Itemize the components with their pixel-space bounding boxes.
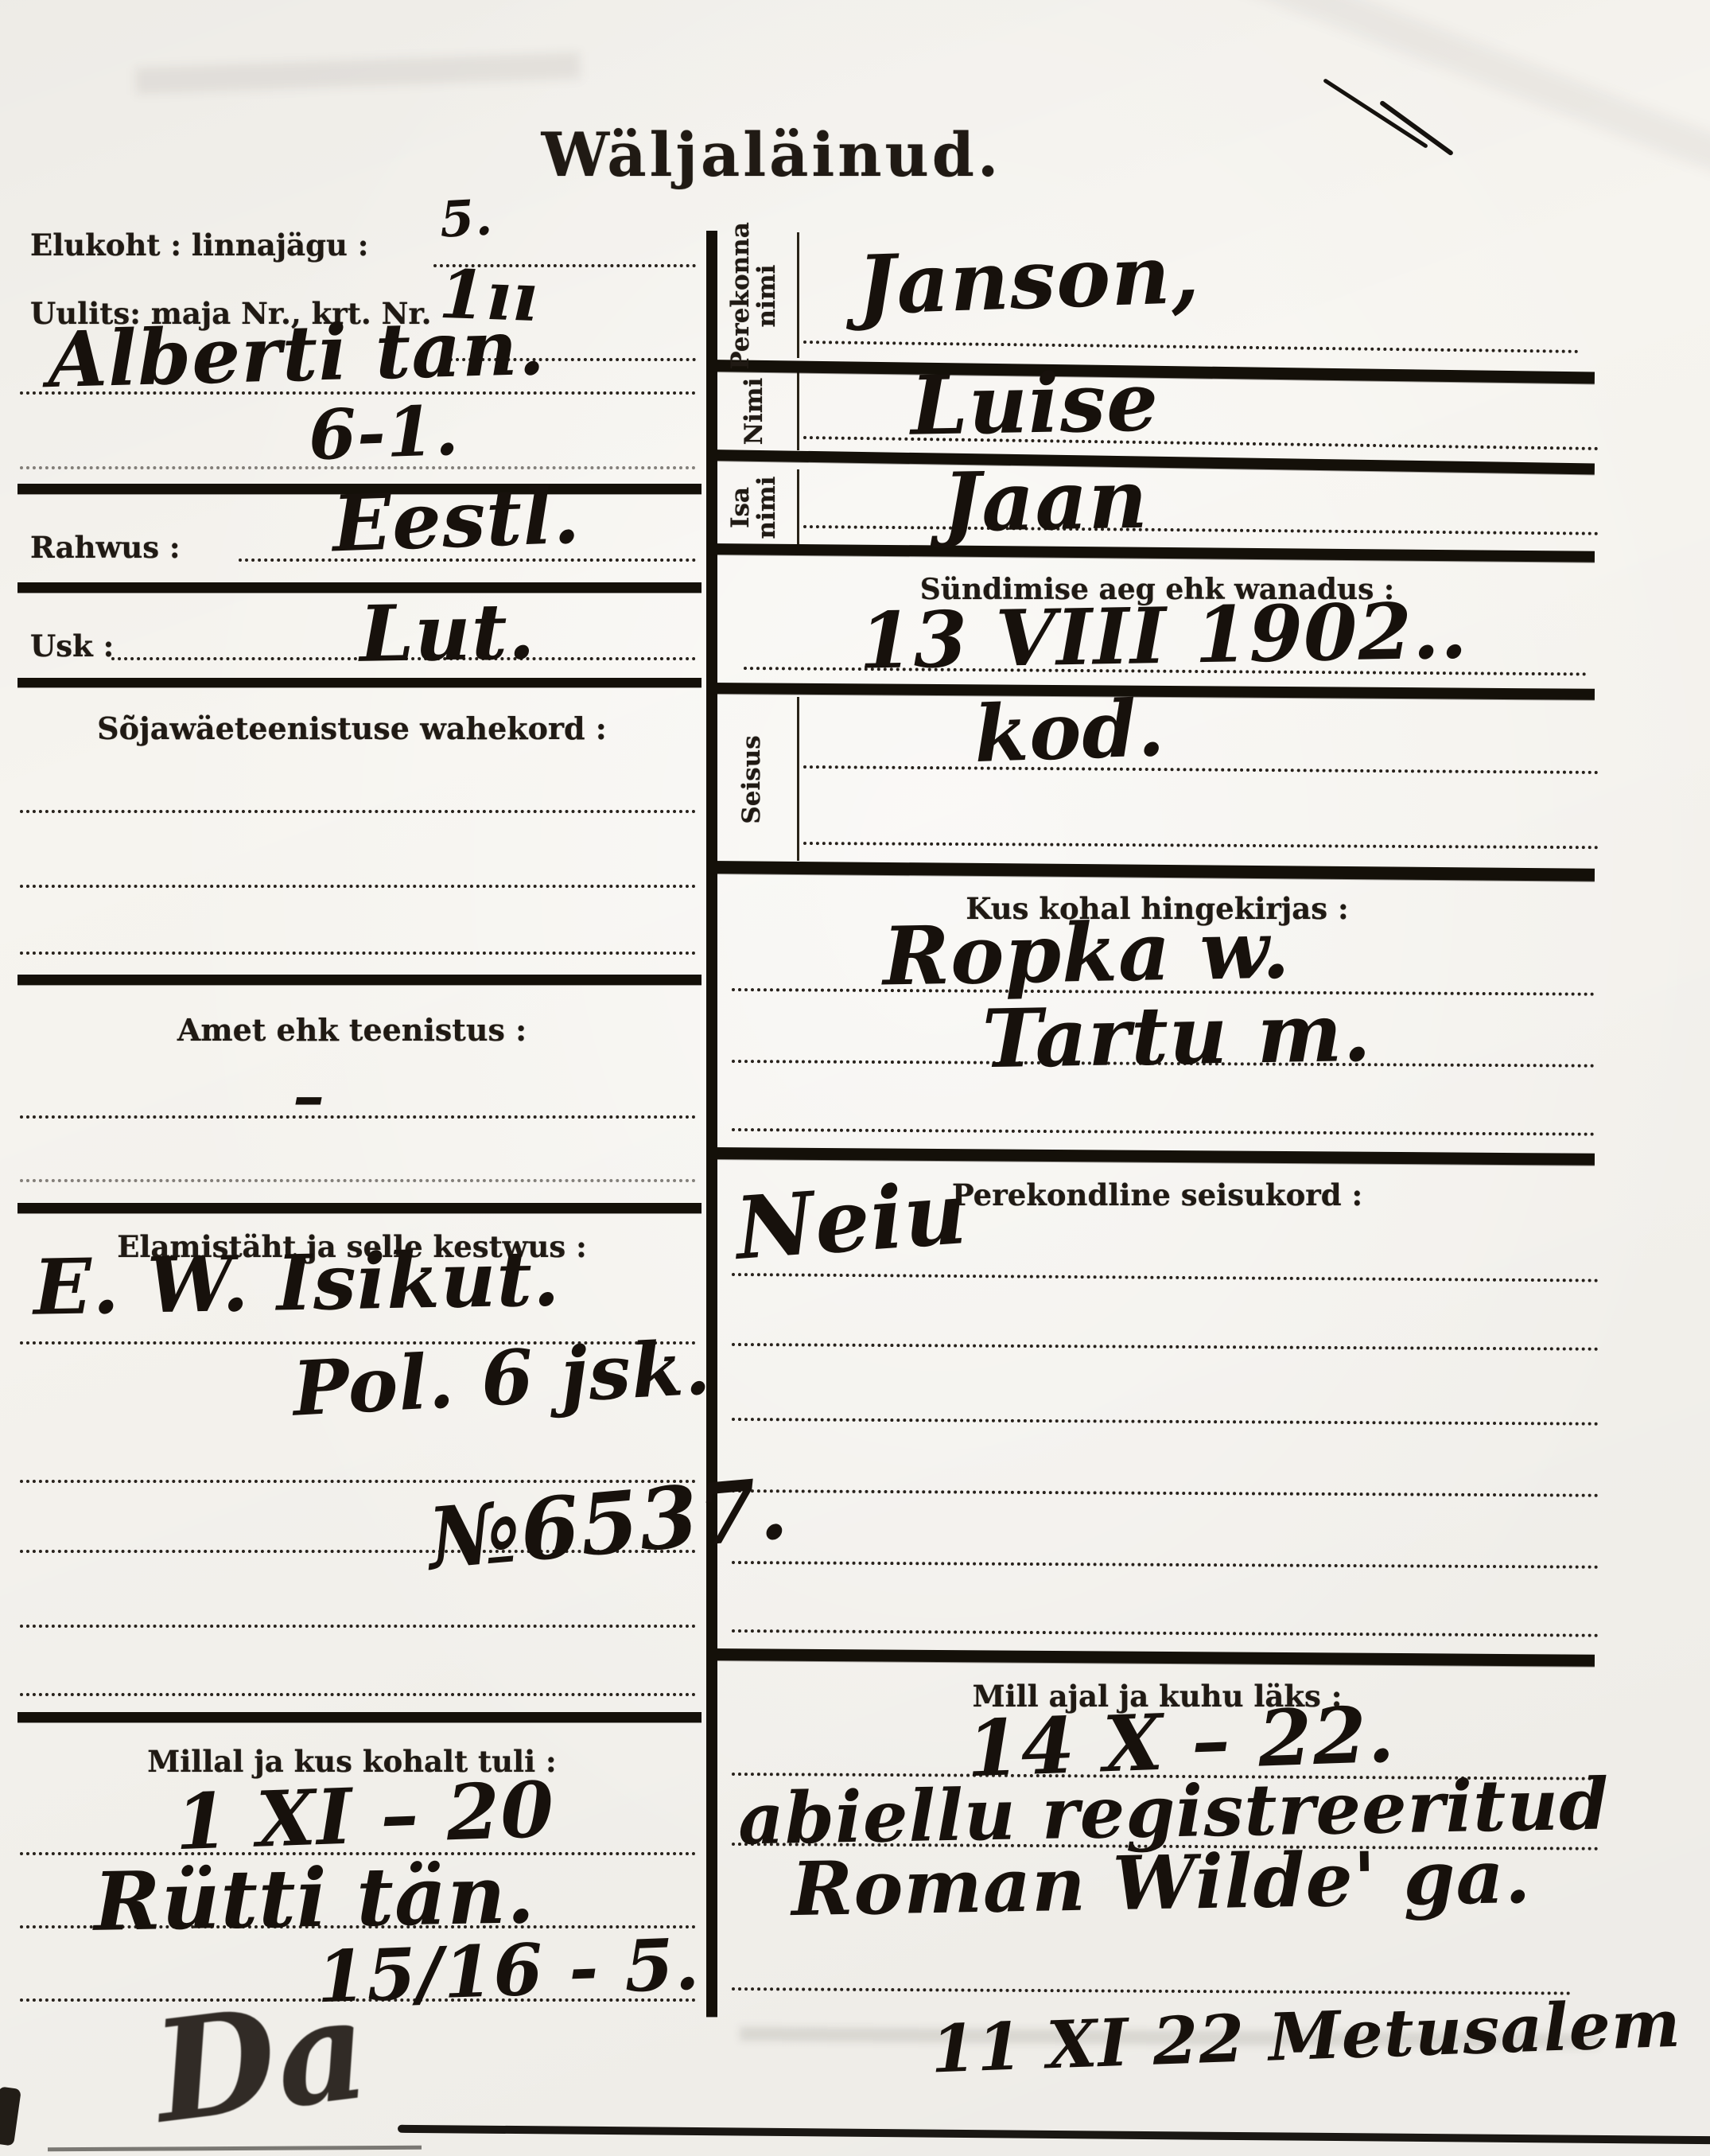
section-divider bbox=[17, 975, 701, 985]
label-separator bbox=[797, 697, 799, 861]
signature-scrawl-handwritten: Da bbox=[146, 1967, 377, 2154]
label-separator bbox=[797, 368, 799, 450]
field-label-amet: Amet ehk teenistus : bbox=[0, 1012, 704, 1048]
pencil-smudge bbox=[135, 52, 581, 95]
dotted-line bbox=[732, 1489, 1599, 1497]
dotted-line bbox=[20, 1179, 696, 1182]
field-label-sojawaeteenistus: Sõjawäeteenistuse wahekord : bbox=[0, 710, 704, 746]
edge-blot bbox=[0, 2086, 21, 2146]
dotted-line bbox=[803, 341, 1579, 353]
field-label-usk: Usk : bbox=[30, 629, 114, 664]
section-divider bbox=[17, 1203, 701, 1213]
seisus-value-handwritten: kod. bbox=[973, 683, 1167, 780]
isa-nimi-value-handwritten: Jaan bbox=[942, 452, 1149, 551]
registration-card-scan: Wäljaläinud. Elukoht : linnajägu : 5. Uu… bbox=[0, 0, 1710, 2156]
hingekirjas-line2-handwritten: Tartu m. bbox=[981, 985, 1372, 1087]
perekonna-nimi-value-handwritten: Janson, bbox=[856, 227, 1202, 334]
sundimise-value-handwritten: 13 VIII 1902.. bbox=[858, 585, 1468, 686]
section-divider bbox=[17, 1712, 701, 1722]
section-divider bbox=[17, 678, 701, 687]
field-label-isa-nimi: Isa nimi bbox=[718, 452, 790, 563]
street-value-handwritten: Alberti tan. bbox=[47, 302, 546, 405]
field-label-seisus: Seisus bbox=[724, 700, 779, 859]
torn-bottom-edge bbox=[398, 2125, 1710, 2144]
footer-note-handwritten: 11 XI 22 Metusalem bbox=[930, 1986, 1682, 2088]
rahwus-value-handwritten: Eestl. bbox=[331, 470, 581, 570]
section-divider bbox=[710, 449, 1595, 474]
label-separator bbox=[797, 232, 799, 358]
house-value-handwritten: 6-1. bbox=[307, 391, 461, 477]
dotted-line bbox=[20, 952, 696, 955]
dotted-line bbox=[20, 1693, 696, 1696]
section-divider bbox=[710, 861, 1595, 881]
dotted-line bbox=[20, 810, 696, 813]
section-divider bbox=[710, 543, 1595, 562]
dotted-line bbox=[20, 1115, 696, 1119]
dotted-line bbox=[732, 1561, 1599, 1569]
label-separator bbox=[797, 469, 799, 544]
field-label-perekonna-nimi: Perekonna nimi bbox=[714, 232, 794, 360]
dotted-line bbox=[732, 1343, 1599, 1351]
dotted-line bbox=[803, 525, 1599, 535]
elukoht-value-handwritten: 5. bbox=[438, 188, 494, 248]
laks-line3-handwritten: Roman Wilde' ga. bbox=[791, 1833, 1532, 1932]
nimi-value-handwritten: Luise bbox=[910, 354, 1160, 453]
page-title: Wäljaläinud. bbox=[72, 119, 1471, 190]
amet-value-handwritten: – bbox=[293, 1058, 325, 1133]
usk-value-handwritten: Lut. bbox=[359, 586, 536, 679]
elamistaht-line2-handwritten: Pol. 6 jsk. bbox=[290, 1324, 713, 1433]
dotted-line bbox=[20, 885, 696, 888]
millal-line3-handwritten: 15/16 - 5. bbox=[315, 1922, 701, 2019]
dotted-line bbox=[20, 1625, 696, 1628]
dotted-line bbox=[803, 765, 1599, 774]
field-label-rahwus: Rahwus : bbox=[30, 530, 181, 565]
elamistaht-line1-handwritten: E. W. Isikut. bbox=[33, 1233, 561, 1333]
elamistaht-line3-handwritten: №6537. bbox=[424, 1457, 791, 1588]
section-divider bbox=[710, 1648, 1595, 1667]
dotted-line bbox=[732, 1128, 1595, 1136]
column-divider bbox=[706, 231, 717, 2017]
field-label-nimi: Nimi bbox=[730, 364, 778, 459]
section-divider bbox=[710, 1147, 1595, 1166]
dotted-line bbox=[732, 1273, 1599, 1282]
dotted-line bbox=[732, 1629, 1599, 1637]
dotted-line bbox=[803, 842, 1599, 849]
dotted-line bbox=[732, 1418, 1599, 1426]
field-label-elukoht: Elukoht : linnajägu : bbox=[30, 228, 368, 263]
perekondline-value-handwritten: Neiu bbox=[733, 1163, 970, 1279]
